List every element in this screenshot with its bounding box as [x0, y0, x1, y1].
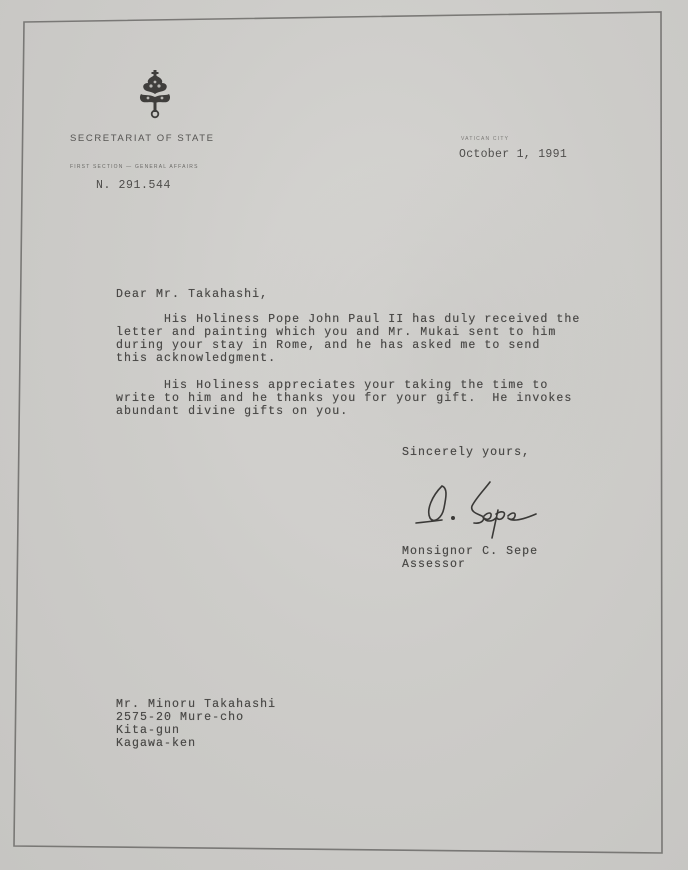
letter-date: October 1, 1991: [459, 148, 567, 161]
signatory-title: Assessor: [402, 558, 466, 571]
address-line: Mr. Minoru Takahashi: [116, 698, 276, 711]
handwritten-signature: C. Sepe: [412, 478, 542, 548]
paragraph-line: during your stay in Rome, and he has ask…: [116, 339, 540, 352]
organization-name: SECRETARIAT OF STATE: [70, 133, 215, 144]
reference-number: N. 291.544: [96, 179, 171, 192]
paragraph-line: this acknowledgment.: [116, 352, 276, 365]
address-line: Kagawa-ken: [116, 737, 196, 750]
paragraph-line: His Holiness appreciates your taking the…: [116, 379, 548, 392]
paragraph-line: write to him and he thanks you for your …: [116, 392, 572, 405]
signatory-name: Monsignor C. Sepe: [402, 545, 538, 558]
address-line: 2575-20 Mure-cho: [116, 711, 244, 724]
place-name: VATICAN CITY: [461, 136, 509, 142]
salutation: Dear Mr. Takahashi,: [116, 288, 268, 301]
closing: Sincerely yours,: [402, 446, 530, 459]
paragraph-line: His Holiness Pope John Paul II has duly …: [116, 313, 580, 326]
page-border: [0, 0, 688, 870]
address-line: Kita-gun: [116, 724, 180, 737]
section-name: FIRST SECTION — GENERAL AFFAIRS: [70, 164, 199, 170]
papal-keys-emblem-icon: [133, 70, 177, 120]
paragraph-line: letter and painting which you and Mr. Mu…: [116, 326, 556, 339]
paragraph-line: abundant divine gifts on you.: [116, 405, 348, 418]
